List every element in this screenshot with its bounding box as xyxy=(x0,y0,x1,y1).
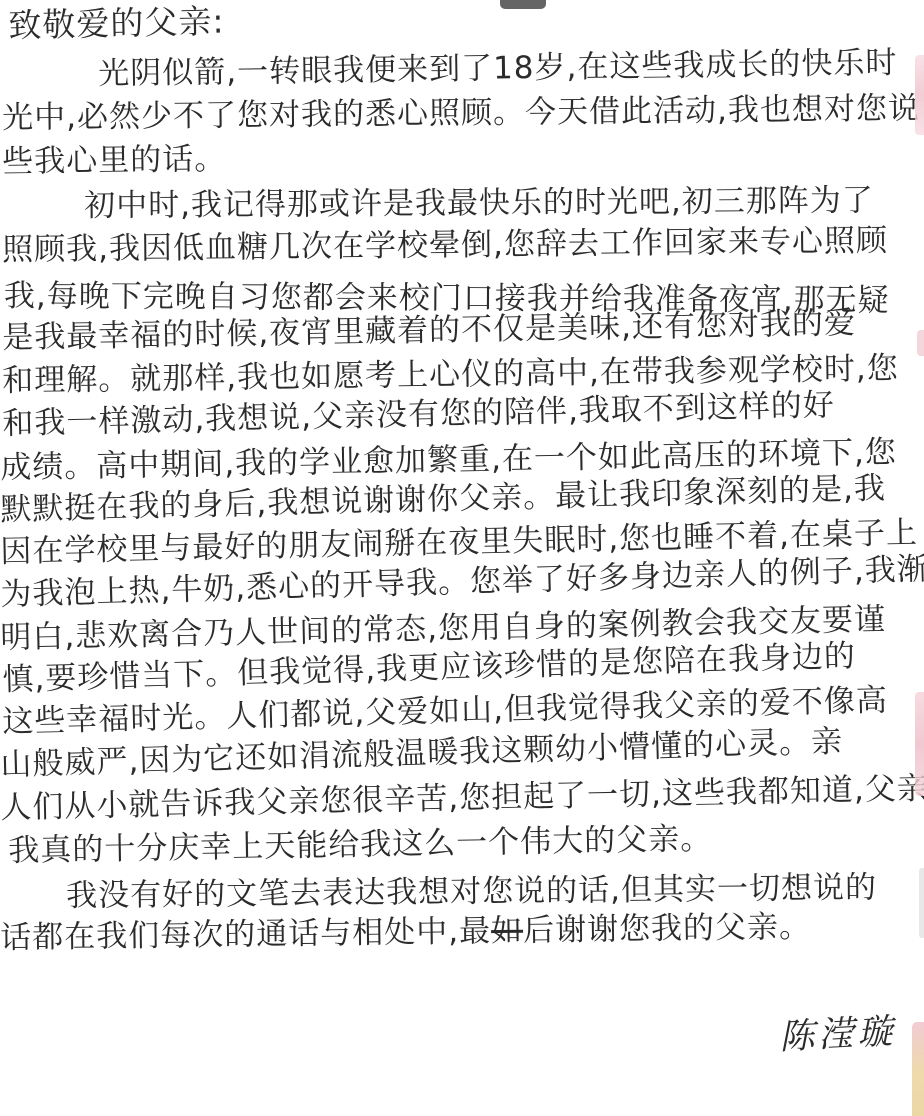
paper-edge-mark-pink-3 xyxy=(915,692,924,796)
signature: 陈滢璇 xyxy=(778,1004,897,1060)
paper-edge-mark-corner xyxy=(912,1022,924,1116)
letter-line: 光阴似箭,一转眼我便来到了18岁,在这些我成长的快乐时 xyxy=(98,45,898,93)
letter-line: 我真的十分庆幸上天能给我这么一个伟大的父亲。 xyxy=(8,821,713,870)
letter-line: 些我心里的话。 xyxy=(2,141,226,181)
paper-edge-mark-grey xyxy=(919,868,924,938)
letter-line: 照顾我,我因低血糖几次在学校晕倒,您辞去工作回家来专心照顾 xyxy=(2,223,888,269)
letter-line: 光中,必然少不了您对我的悉心照顾。今天借此活动,我也想对您说 xyxy=(2,90,920,137)
letter-line-text: 后谢谢您我的父亲。 xyxy=(523,909,811,949)
letter-line-text: 话都在我们每次的通话与相处中,最 xyxy=(0,913,491,956)
letter-paper: 致敬爱的父亲: 光阴似箭,一转眼我便来到了18岁,在这些我成长的快乐时 光中,必… xyxy=(0,0,924,1116)
crossed-out-char: 如 xyxy=(491,913,523,949)
letter-line-last: 话都在我们每次的通话与相处中,最如后谢谢您我的父亲。 xyxy=(0,909,811,958)
paper-edge-mark-pink-1 xyxy=(915,55,924,135)
letter-line: 我没有好的文笔去表达我想对您说的话,但其实一切想说的 xyxy=(66,870,877,916)
paper-smudge-top xyxy=(500,0,546,9)
letter-line: 初中时,我记得那或许是我最快乐的时光吧,初三那阵为了 xyxy=(84,182,874,225)
letter-salutation: 致敬爱的父亲: xyxy=(8,1,225,45)
paper-edge-mark-pink-2 xyxy=(917,330,924,356)
